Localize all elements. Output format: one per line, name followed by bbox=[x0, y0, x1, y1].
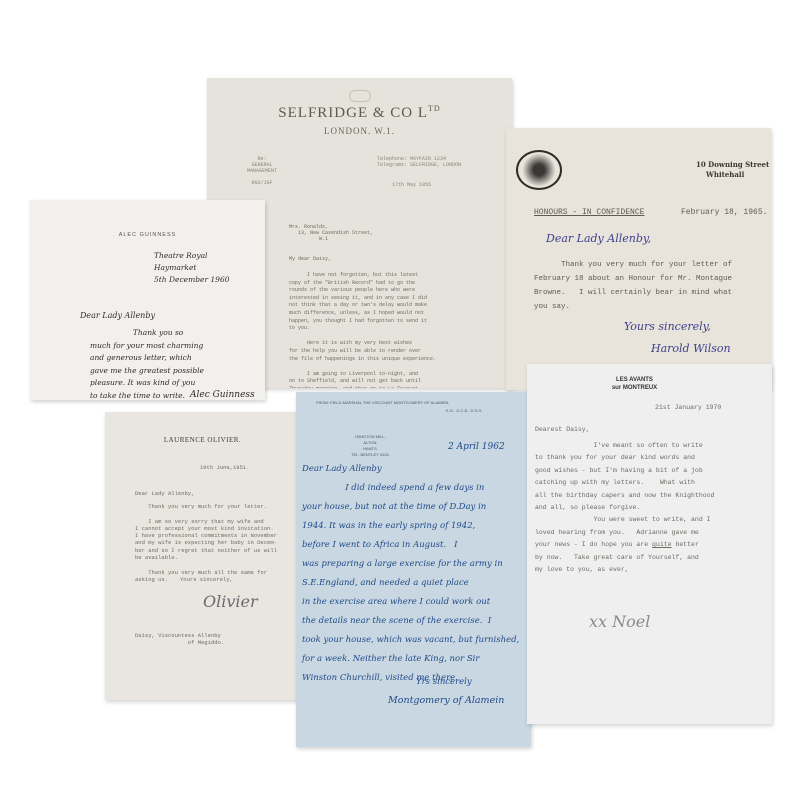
closing: Yours sincerely, bbox=[180, 576, 233, 583]
salutation: My dear Daisy, bbox=[289, 256, 331, 262]
letterhead: LAURENCE OLIVIER. bbox=[105, 436, 300, 444]
body-line: good wishes - but I'm having a bit of a … bbox=[535, 465, 714, 477]
body-line: Thank you so bbox=[90, 327, 204, 340]
body-line: for the help you will be able to render … bbox=[289, 348, 489, 356]
body-line: Here it is with my very best wishes bbox=[289, 340, 489, 348]
royal-coat-of-arms-icon bbox=[516, 150, 562, 190]
recipient: Daisy, Viscountess Allenby of Megiddo. bbox=[135, 632, 224, 646]
body-line: interested in seeing it, and in any case… bbox=[289, 295, 489, 303]
body-line: Thank you very much all the same for bbox=[135, 569, 277, 576]
letter-body: I've meant so often to writeto thank you… bbox=[535, 440, 714, 576]
body-line: much difference, unless, as I hoped woul… bbox=[289, 310, 489, 318]
body-line: Thursday morning, and then go to Le Touq… bbox=[289, 386, 489, 388]
body-line: S.E.England, and needed a quiet place bbox=[302, 574, 531, 593]
downing-street-letter: 10 Downing Street Whitehall HONOURS - IN… bbox=[506, 128, 771, 390]
body-line: took your house, which was vacant, but f… bbox=[302, 631, 531, 650]
body-line: the file of happenings in this unique ex… bbox=[289, 356, 489, 364]
body-line bbox=[135, 561, 277, 568]
letter-date: 21st January 1970 bbox=[655, 404, 721, 411]
body-line: to thank you for your dear kind words an… bbox=[535, 452, 714, 464]
body-line: loved hearing from you. Adrianne gave me bbox=[535, 527, 714, 539]
letter-heading: HONOURS - IN CONFIDENCE bbox=[534, 208, 644, 217]
body-line: 1944. It was in the early spring of 1942… bbox=[302, 517, 531, 536]
body-line: February 18 about an Honour for Mr. Mont… bbox=[534, 272, 732, 286]
body-line: in the exercise area where I could work … bbox=[302, 593, 531, 612]
salutation: Dear Lady Allenby, bbox=[546, 232, 651, 245]
salutation: Dear Lady Allenby, bbox=[135, 490, 194, 497]
body-line: you say. bbox=[534, 300, 732, 314]
selfridge-monogram-icon bbox=[349, 90, 371, 102]
body-line: for a week. Neither the late King, nor S… bbox=[302, 650, 531, 669]
body-line: I've meant so often to write bbox=[535, 440, 714, 452]
letter-body: I have not forgotten, but this latestcop… bbox=[289, 272, 489, 388]
body-line: on to Sheffield, and will not get back u… bbox=[289, 378, 489, 386]
letter-body: I did indeed spend a few days inyour hou… bbox=[302, 479, 531, 688]
letter-date: 19th June,1951. bbox=[200, 464, 250, 471]
body-line: I am going to Liverpool to-night, and bbox=[289, 371, 489, 379]
from-line: FROM: FIELD-MARSHAL THE VISCOUNT MONTGOM… bbox=[316, 400, 449, 405]
body-line: all the birthday capers and now the Knig… bbox=[535, 490, 714, 502]
body-line: the details near the scene of the exerci… bbox=[302, 612, 531, 631]
alec-guinness-letter: ALEC GUINNESS Theatre Royal Haymarket 5t… bbox=[30, 200, 265, 400]
letterhead: LES AVANTS sur MONTREUX bbox=[527, 376, 742, 392]
body-line: rounds of the various people here who we… bbox=[289, 287, 489, 295]
body-line: and generous letter, which bbox=[90, 352, 204, 365]
letterhead-address: 10 Downing Street Whitehall bbox=[696, 160, 769, 180]
letterhead: ALEC GUINNESS bbox=[30, 232, 265, 238]
body-line: be available. bbox=[135, 554, 277, 561]
body-line: I am so very sorry that my wife and bbox=[135, 518, 277, 525]
letter-body: Thank you very much for your letter ofFe… bbox=[534, 258, 732, 314]
signature: Harold Wilson bbox=[651, 342, 731, 355]
body-line: to you. bbox=[289, 325, 489, 333]
signature: Montgomery of Alamein bbox=[388, 695, 504, 706]
letter-date: 2 April 1962 bbox=[448, 442, 505, 452]
salutation: Dear Lady Allenby bbox=[80, 311, 155, 320]
body-line: I have not forgotten, but this latest bbox=[289, 272, 489, 280]
body-line: and all, so please forgive. bbox=[535, 502, 714, 514]
body-line: and my wife is expecting her baby in Dec… bbox=[135, 539, 277, 546]
body-line: pleasure. It was kind of you bbox=[90, 377, 204, 390]
body-line bbox=[135, 510, 277, 517]
body-line: much for your most charming bbox=[90, 340, 204, 353]
salutation: Dear Lady Allenby bbox=[302, 464, 382, 474]
letter-body: Thank you somuch for your most charminga… bbox=[90, 327, 204, 400]
signature: xx Noel bbox=[589, 612, 650, 631]
body-line bbox=[289, 333, 489, 341]
body-line: Thank you very much for your letter. bbox=[135, 503, 277, 510]
letterhead-address: ISINGTON MILL, ALTON, HANTS. TEL. BENTLE… bbox=[351, 434, 390, 458]
body-line: Thank you very much for your letter of bbox=[534, 258, 732, 272]
body-line: not think that a day or two's delay woul… bbox=[289, 302, 489, 310]
body-line: Browne. I will certainly bear in mind wh… bbox=[534, 286, 732, 300]
department-reference: Re: GENERAL MANAGEMENT HGS/JGF bbox=[247, 156, 277, 186]
signature: Alec Guinness bbox=[190, 390, 255, 400]
letter-place-date: Theatre Royal Haymarket 5th December 196… bbox=[154, 250, 230, 286]
body-line: to take the time to write. bbox=[90, 390, 204, 401]
recipient-address: Mrs. Ronalds, 13, New Cavendish Street, … bbox=[289, 224, 373, 242]
body-line: I cannot accept your most kind invitatio… bbox=[135, 525, 277, 532]
body-line: ber and so I regret that neither of us w… bbox=[135, 547, 277, 554]
letter-body: Thank you very much for your letter. I a… bbox=[135, 503, 277, 583]
letter-date: February 18, 1965. bbox=[681, 208, 767, 217]
body-line: I have professional commitments in Novem… bbox=[135, 532, 277, 539]
body-line bbox=[289, 363, 489, 371]
closing: Yrs sincerely bbox=[416, 677, 472, 687]
body-line: was preparing a large exercise for the a… bbox=[302, 555, 531, 574]
body-line: copy of the "British Record" had to go t… bbox=[289, 280, 489, 288]
body-line: gave me the greatest possible bbox=[90, 365, 204, 378]
body-line: before I went to Africa in August. I bbox=[302, 536, 531, 555]
body-line: You were sweet to write, and I bbox=[535, 514, 714, 526]
les-avants-letter: LES AVANTS sur MONTREUX 21st January 197… bbox=[527, 364, 772, 724]
closing: Yours sincerely, bbox=[624, 320, 711, 333]
montgomery-letter: FROM: FIELD-MARSHAL THE VISCOUNT MONTGOM… bbox=[296, 392, 531, 747]
letter-date: 17th May 1955 bbox=[392, 182, 431, 188]
laurence-olivier-letter: LAURENCE OLIVIER. 19th June,1951. Dear L… bbox=[105, 412, 300, 700]
telephone-details: Telephone: MAYFAIR 1234 Telegrams: SELFR… bbox=[377, 156, 461, 168]
body-line: catching up with my letters. What with bbox=[535, 477, 714, 489]
letterhead: SELFRIDGE & CO LTD bbox=[207, 104, 512, 122]
decorations: K.G., G.C.B., D.S.O. bbox=[446, 408, 482, 413]
body-line: your house, but not at the time of D.Day… bbox=[302, 498, 531, 517]
body-line: by now. Take great care of Yourself, and bbox=[535, 552, 714, 564]
letterhead-location: LONDON. W.1. bbox=[207, 126, 512, 136]
signature: Olivier bbox=[203, 592, 258, 611]
salutation: Dearest Daisy, bbox=[535, 426, 590, 433]
body-line: happen, you thought I had forgotten to s… bbox=[289, 318, 489, 326]
body-line: your news - I do hope you are quite bett… bbox=[535, 539, 714, 551]
body-line: my love to you, as ever, bbox=[535, 564, 714, 576]
body-line: I did indeed spend a few days in bbox=[302, 479, 531, 498]
